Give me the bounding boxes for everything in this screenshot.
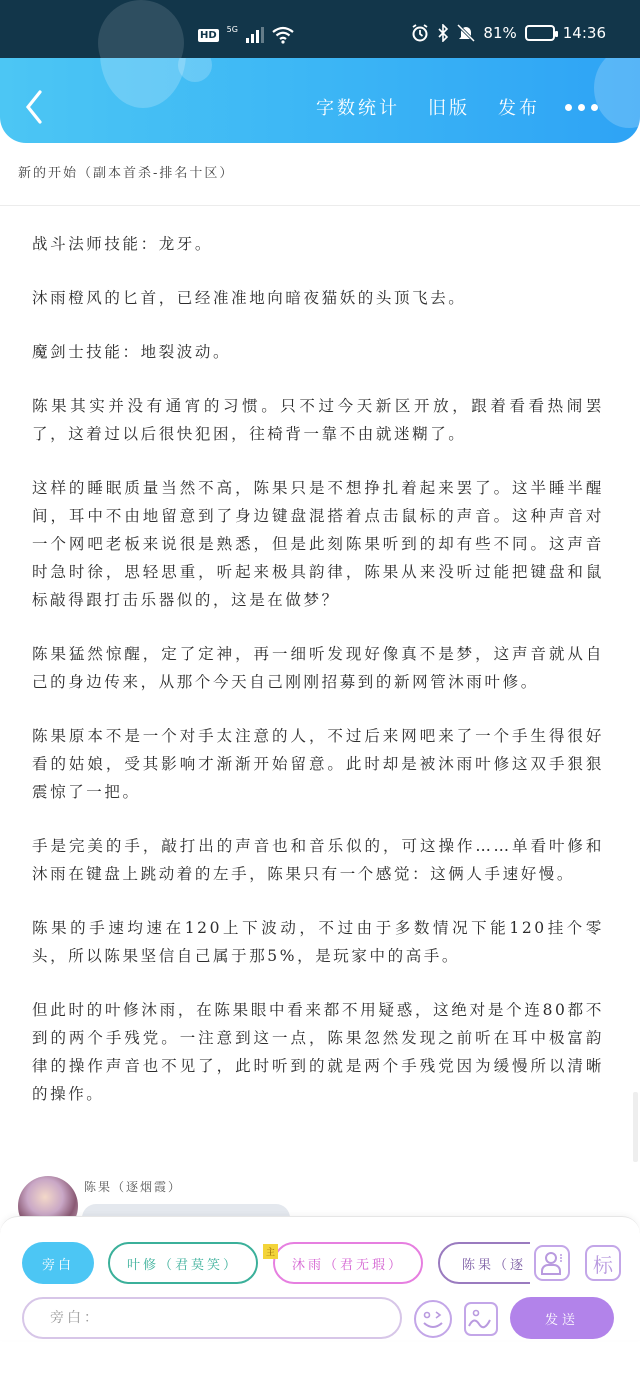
main-role-badge: 主 <box>263 1244 278 1259</box>
paragraph: 手是完美的手，敲打出的声音也和音乐似的，可这操作……单看叶修和沐雨在键盘上跳动着… <box>32 832 604 888</box>
emoji-icon <box>416 1302 450 1336</box>
clock: 14:36 <box>563 24 606 42</box>
editor-header: 字数统计 旧版 发布 <box>0 58 640 143</box>
paragraph: 陈果的手速均速在120上下波动，不过由于多数情况下能120挂个零头，所以陈果坚信… <box>32 914 604 970</box>
paragraph: 沐雨橙风的匕首，已经准准地向暗夜猫妖的头顶飞去。 <box>32 284 604 312</box>
role-chip-yexiu[interactable]: 叶修（君莫笑） <box>108 1242 258 1284</box>
more-button[interactable] <box>565 104 598 111</box>
more-dot <box>591 104 598 111</box>
paragraph: 但此时的叶修沐雨，在陈果眼中看来都不用疑惑，这绝对是个连80都不到的两个手残党。… <box>32 996 604 1108</box>
battery-percent: 81% <box>483 24 516 42</box>
alarm-icon <box>411 24 429 42</box>
back-button[interactable] <box>22 88 52 128</box>
paragraph: 陈果原本不是一个对手太注意的人，不过后来网吧来了一个手生得很好看的姑娘，受其影响… <box>32 722 604 806</box>
paragraph: 战斗法师技能：龙牙。 <box>32 230 604 258</box>
role-chip-chenguo[interactable]: 陈果（逐 <box>438 1242 530 1284</box>
status-right: 81% 14:36 <box>411 24 606 42</box>
image-icon <box>466 1304 496 1334</box>
contacts-icon <box>540 1250 564 1276</box>
header-actions: 字数统计 旧版 发布 <box>316 94 540 120</box>
bluetooth-icon <box>437 24 449 42</box>
signal-icon <box>246 27 264 43</box>
decorative-bubble <box>178 58 212 82</box>
image-button[interactable] <box>464 1302 498 1336</box>
word-count-button[interactable]: 字数统计 <box>316 94 400 120</box>
chapter-content[interactable]: 战斗法师技能：龙牙。 沐雨橙风的匕首，已经准准地向暗夜猫妖的头顶飞去。 魔剑士技… <box>32 230 604 1134</box>
hd-icon: HD <box>198 29 219 42</box>
contacts-button[interactable] <box>534 1245 570 1281</box>
scrollbar[interactable] <box>633 1092 638 1162</box>
paragraph: 魔剑士技能：地裂波动。 <box>32 338 604 366</box>
paragraph: 陈果猛然惊醒，定了定神，再一细听发现好像真不是梦，这声音就从自己的身边传来，从那… <box>32 640 604 696</box>
emoji-button[interactable] <box>414 1300 452 1338</box>
battery-icon <box>525 25 555 41</box>
role-chip-mucheng[interactable]: 沐雨（君无瑕） <box>273 1242 423 1284</box>
role-chip-narration[interactable]: 旁白 <box>22 1242 94 1284</box>
more-dots-icon <box>565 104 572 111</box>
mute-icon <box>457 24 475 42</box>
more-dot <box>578 104 585 111</box>
old-version-button[interactable]: 旧版 <box>428 94 470 120</box>
tag-button[interactable]: 标 <box>585 1245 621 1281</box>
decorative-bubble <box>100 58 186 108</box>
status-left: HD 5G <box>198 26 294 44</box>
divider <box>0 205 640 206</box>
message-input[interactable] <box>22 1297 402 1339</box>
paragraph: 这样的睡眠质量当然不高，陈果只是不想挣扎着起来罢了。这半睡半醒间，耳中不由地留意… <box>32 474 604 614</box>
chapter-title[interactable]: 新的开始（副本首杀-排名十区） <box>18 162 234 181</box>
chevron-left-icon <box>22 88 46 126</box>
send-button[interactable]: 发送 <box>510 1297 614 1339</box>
paragraph: 陈果其实并没有通宵的习惯。只不过今天新区开放，跟着看看热闹罢了，这着过以后很快犯… <box>32 392 604 448</box>
publish-button[interactable]: 发布 <box>498 94 540 120</box>
5g-label: 5G <box>227 25 238 34</box>
chat-speaker-name: 陈果（逐烟霞） <box>84 1178 182 1195</box>
decorative-bubble <box>594 58 640 128</box>
wifi-icon <box>272 26 294 44</box>
